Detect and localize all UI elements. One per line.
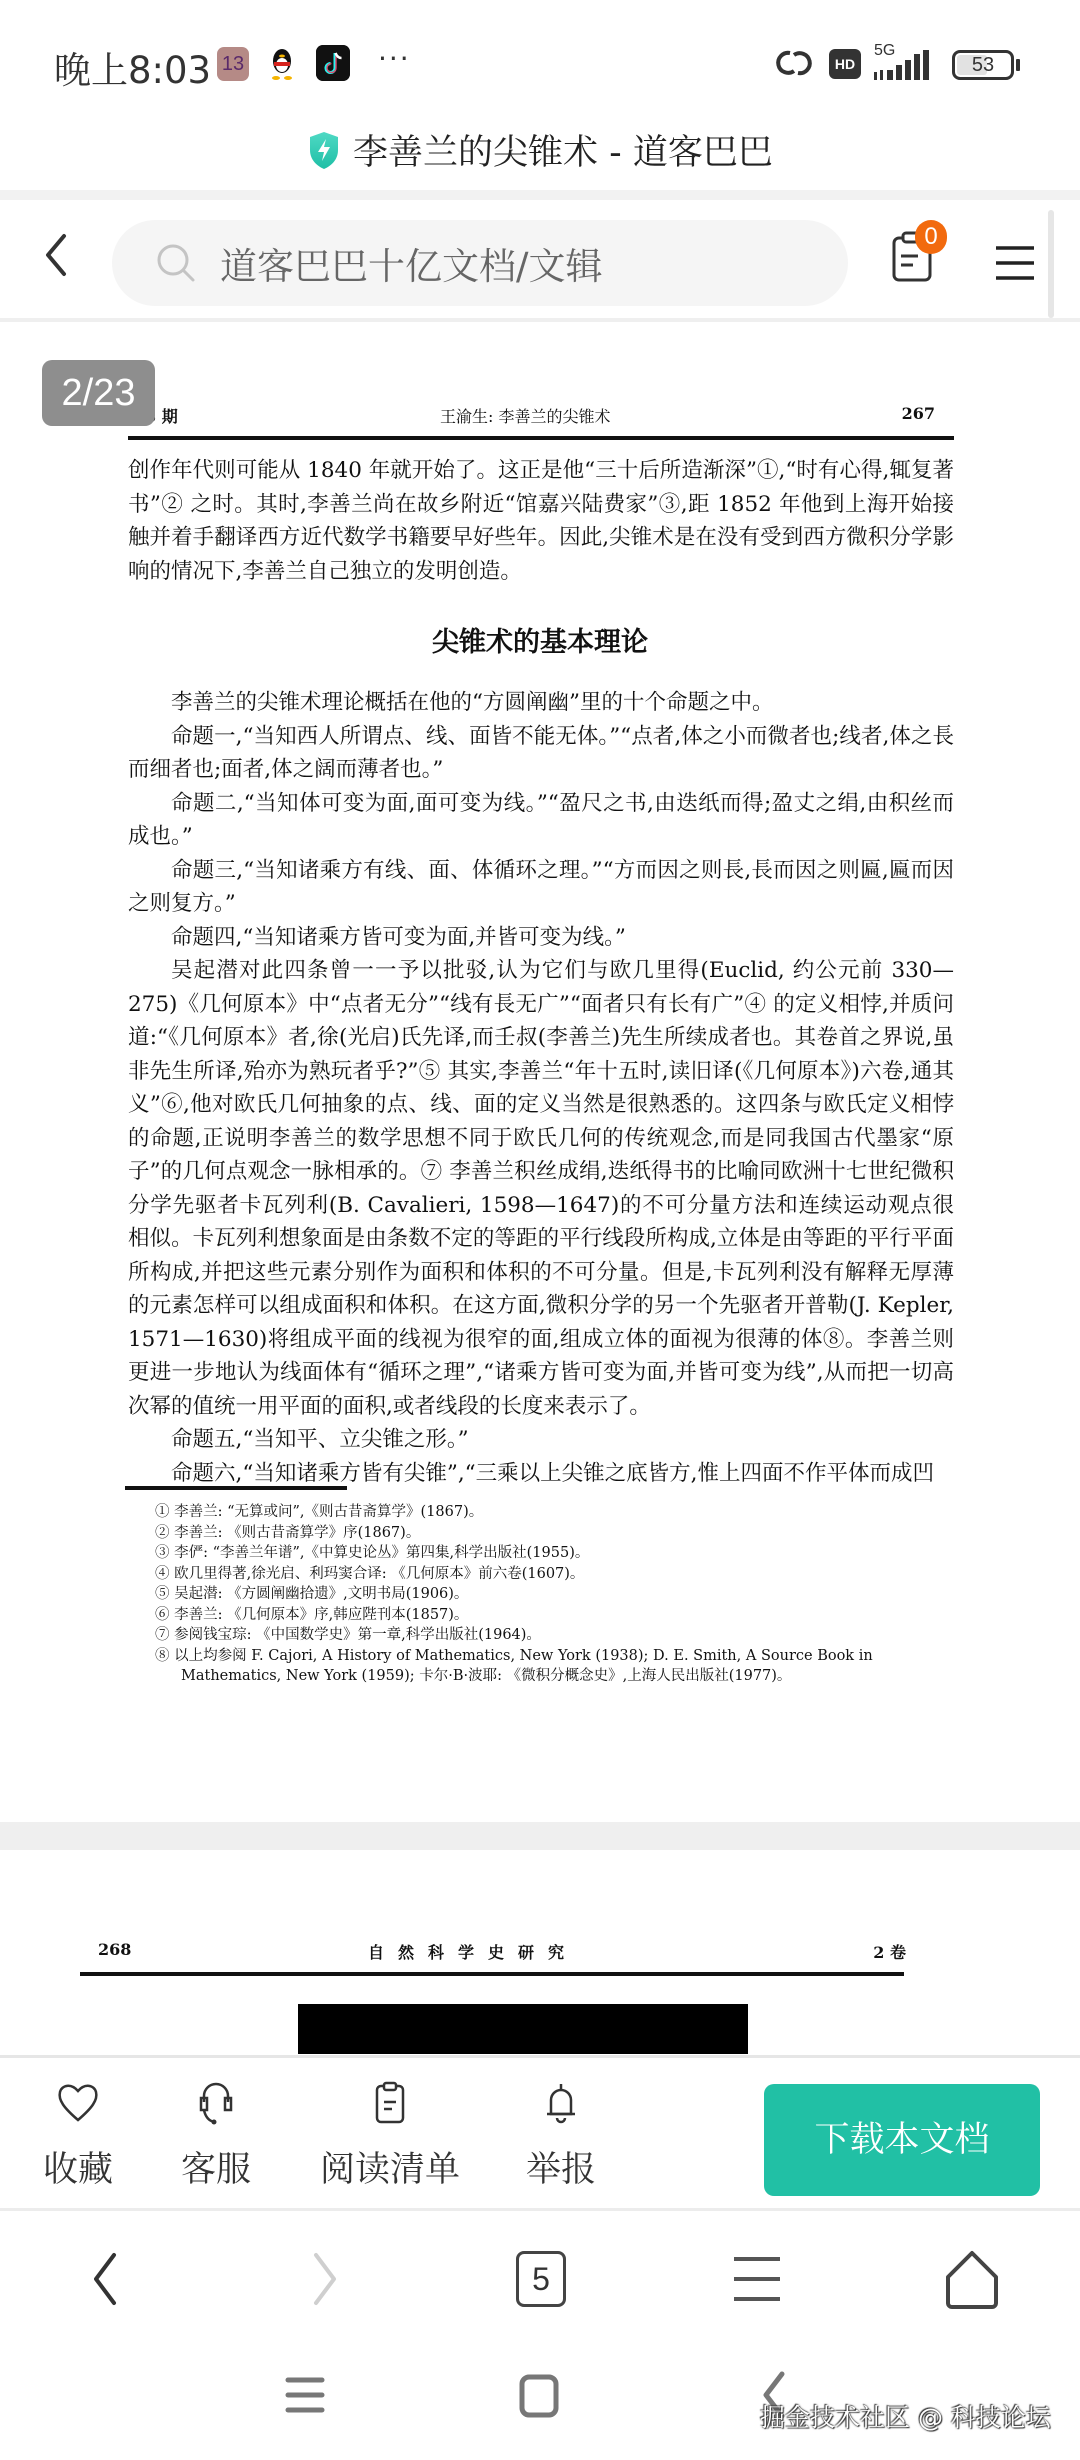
favorite-button[interactable]: 收藏 (18, 2078, 138, 2192)
section-title: 尖锥术的基本理论 (0, 620, 1080, 659)
system-navigation-bar (0, 2330, 1080, 2460)
footnote-rule (125, 1486, 347, 1490)
watermark: 掘金技术社区 @ 科技论坛 (760, 2398, 1051, 2434)
reading-list-count-badge: 0 (915, 220, 947, 254)
proposition-6: 命题六,“当知诸乘方皆有尖锥”,“三乘以上尖锥之底皆方,惟上四面不作平体而成凹 (128, 1457, 954, 1491)
headset-icon (192, 2078, 240, 2126)
hamburger-menu-icon[interactable] (994, 244, 1036, 282)
volume-number: 2 卷 (873, 1940, 906, 1963)
action-label: 阅读清单 (316, 2142, 464, 2192)
clipboard-icon (366, 2078, 414, 2126)
page-title-bar: 李善兰的尖锥术 - 道客巴巴 (0, 120, 1080, 190)
page-title: 李善兰的尖锥术 - 道客巴巴 (353, 125, 773, 175)
footnote: ③ 李俨: “李善兰年谱”,《中算史论丛》第四集,科学出版社(1955)。 (155, 1543, 970, 1564)
divider (0, 190, 1080, 200)
browser-back-icon[interactable] (88, 2249, 122, 2309)
battery-indicator: 53 (952, 50, 1014, 80)
paragraph: 吴起潜对此四条曾一一予以批驳,认为它们与欧几里得(Euclid, 约公元前 33… (128, 954, 954, 1423)
body-paragraphs: 李善兰的尖锥术理论概括在他的“方圆阐幽”里的十个命题之中。 命题一,“当知西人所… (128, 686, 954, 1490)
intro-paragraph: 创作年代则可能从 1840 年就开始了。这正是他“三十后所造渐深”①,“时有心得… (128, 454, 954, 588)
qq-penguin-icon (268, 45, 296, 81)
bell-icon (537, 2078, 585, 2126)
home-button-icon[interactable] (518, 2374, 560, 2418)
footnote: ⑧ 以上均参阅 F. Cajori, A History of Mathemat… (155, 1646, 970, 1667)
status-bar: 晚上8:03 13 ··· HD 5G 53 (0, 0, 1080, 125)
header-rule (128, 436, 954, 440)
browser-home-icon[interactable] (944, 2249, 1000, 2311)
signal-strength-icon (872, 50, 938, 82)
paragraph: 创作年代则可能从 1840 年就开始了。这正是他“三十后所造渐深”①,“时有心得… (128, 454, 954, 588)
running-head-page2: 268 自然科学史研究 2 卷 (98, 1940, 906, 1970)
browser-menu-icon[interactable] (732, 2255, 782, 2303)
footnote: ⑤ 吴起潜: 《方圆阐幽拾遗》,文明书局(1906)。 (155, 1584, 970, 1605)
browser-forward-icon[interactable] (308, 2249, 342, 2309)
tabs-button[interactable]: 5 (516, 2251, 566, 2307)
proposition-2: 命题二,“当知体可变为面,面可变为线。”“盈尺之书,由迭纸而得;盈丈之绢,由积丝… (128, 787, 954, 854)
hotspot-link-icon (774, 47, 814, 79)
hd-voice-icon: HD (829, 49, 861, 79)
footnote: ④ 欧几里得著,徐光启、利玛窦合译: 《几何原本》前六卷(1607)。 (155, 1564, 970, 1585)
footnote: ⑥ 李善兰: 《几何原本》序,韩应陛刊本(1857)。 (155, 1605, 970, 1626)
heart-icon (54, 2078, 102, 2126)
footnote-continuation: Mathematics, New York (1959); 卡尔·B·波耶: 《… (155, 1666, 970, 1687)
reading-list-button[interactable]: 阅读清单 (330, 2078, 450, 2192)
paragraph: 李善兰的尖锥术理论概括在他的“方圆阐幽”里的十个命题之中。 (128, 686, 954, 720)
running-head: 3 期 王渝生: 李善兰的尖锥术 267 (145, 404, 935, 434)
journal-title: 自然科学史研究 (368, 1940, 578, 1963)
footnote: ⑦ 参阅钱宝琮: 《中国数学史》第一章,科学出版社(1964)。 (155, 1625, 970, 1646)
status-time: 晚上8:03 (54, 40, 211, 94)
search-input[interactable]: 道客巴巴十亿文档/文辑 (112, 220, 848, 306)
action-label: 客服 (156, 2142, 276, 2192)
proposition-4: 命题四,“当知诸乘方皆可变为面,并皆可变为线。” (128, 921, 954, 955)
page-indicator: 2/23 (42, 360, 155, 426)
more-notifications-icon: ··· (378, 42, 411, 75)
footnote: ① 李善兰: “无算或问”,《则古昔斋算学》(1867)。 (155, 1502, 970, 1523)
scrollbar[interactable] (1048, 210, 1054, 318)
footnote: ② 李善兰: 《则古昔斋算学》序(1867)。 (155, 1523, 970, 1544)
customer-service-button[interactable]: 客服 (156, 2078, 276, 2192)
notification-app-icon: 13 (217, 47, 249, 81)
action-label: 收藏 (18, 2142, 138, 2192)
redacted-block (298, 2004, 748, 2054)
page-number: 267 (902, 404, 935, 423)
proposition-5: 命题五,“当知平、立尖锥之形。” (128, 1423, 954, 1457)
page-separator (0, 1822, 1080, 1850)
battery-tip (1016, 59, 1020, 71)
site-nav-bar: 道客巴巴十亿文档/文辑 0 (0, 200, 1080, 318)
back-arrow-icon[interactable] (40, 230, 70, 280)
proposition-1: 命题一,“当知西人所谓点、线、面皆不能无体。”“点者,体之小而微者也;线者,体之… (128, 720, 954, 787)
article-header: 王渝生: 李善兰的尖锥术 (440, 404, 610, 427)
recent-apps-icon[interactable] (285, 2375, 325, 2415)
search-icon (154, 241, 198, 285)
footnotes: ① 李善兰: “无算或问”,《则古昔斋算学》(1867)。 ② 李善兰: 《则古… (155, 1502, 970, 1687)
page-number: 268 (98, 1940, 131, 1959)
download-document-button[interactable]: 下载本文档 (764, 2084, 1040, 2196)
shield-lightning-icon (307, 130, 341, 170)
battery-percent: 53 (972, 54, 994, 76)
search-placeholder: 道客巴巴十亿文档/文辑 (220, 236, 602, 290)
header-rule (80, 1972, 904, 1976)
proposition-3: 命题三,“当知诸乘方有线、面、体循环之理。”“方而因之则長,長而因之则匾,匾而因… (128, 854, 954, 921)
report-button[interactable]: 举报 (501, 2078, 621, 2192)
tiktok-icon (316, 45, 350, 81)
browser-toolbar: 5 (0, 2211, 1080, 2331)
action-label: 举报 (501, 2142, 621, 2192)
bottom-action-bar: 收藏 客服 阅读清单 举报 下载本文档 (0, 2055, 1080, 2210)
